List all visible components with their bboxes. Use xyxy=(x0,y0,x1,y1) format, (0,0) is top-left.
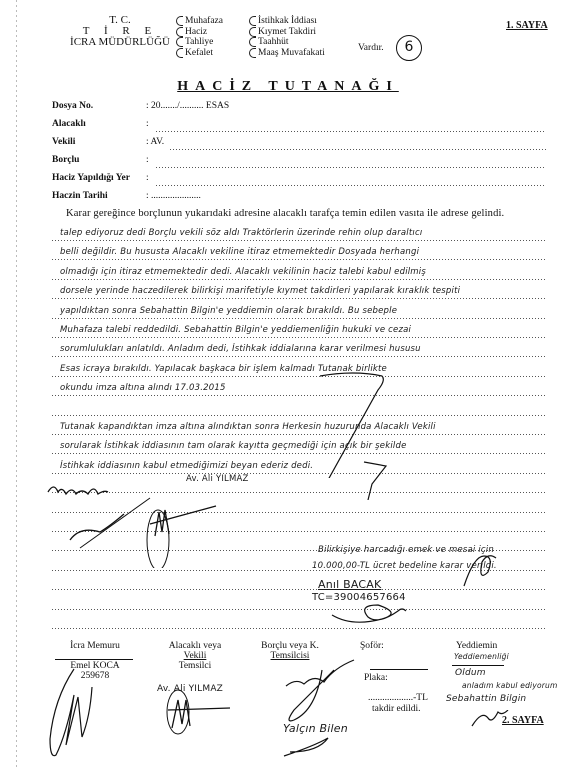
borclu-signature-icon xyxy=(282,640,372,760)
dotted-line xyxy=(52,609,546,610)
dotted-line xyxy=(156,185,546,186)
checkbox-icon xyxy=(176,27,183,37)
yeddiemin-hw-4: Sebahattin Bilgin xyxy=(446,694,526,704)
handwritten-line: Muhafaza talebi reddedildi. Sebahattin B… xyxy=(60,325,411,335)
alacakli-signature-icon xyxy=(160,688,240,738)
dotted-line xyxy=(156,167,546,168)
checkbox-icon xyxy=(249,16,256,26)
court-header: T. C. T İ R E İCRA MÜDÜRLÜĞÜ xyxy=(60,15,180,48)
checkbox-istihkak[interactable]: İstihkak İddiası xyxy=(249,16,325,27)
handwritten-line: talep ediyoruz dedi Borçlu vekili söz al… xyxy=(60,228,422,238)
signature-line xyxy=(370,669,428,670)
vardir-count: 6 xyxy=(396,35,422,61)
expert-signature-icon xyxy=(330,595,420,625)
dotted-line xyxy=(52,415,546,416)
checkbox-icon xyxy=(176,48,183,58)
checkbox-maas[interactable]: Maaş Muvafakati xyxy=(249,48,325,59)
vardir-label: Vardır. xyxy=(358,43,384,53)
dotted-line xyxy=(52,279,546,280)
scan-edge xyxy=(16,0,17,768)
dotted-line xyxy=(52,259,546,260)
dotted-line xyxy=(156,131,546,132)
dotted-line xyxy=(52,434,546,435)
signatory-icra-memuru: İcra Memuru xyxy=(60,641,130,651)
field-borclu: Borçlu: xyxy=(52,155,149,165)
checkbox-kefalet[interactable]: Kefalet xyxy=(176,48,223,59)
signature-line xyxy=(452,665,504,666)
checkbox-group-1: Muhafaza Haciz Tahliye Kefalet xyxy=(176,16,223,58)
page-title: HACİZ TUTANAĞI xyxy=(0,79,576,95)
dotted-line xyxy=(52,318,546,319)
dotted-line xyxy=(52,473,546,474)
yeddiemin-hw-1: Yeddiemenliği xyxy=(454,652,509,661)
dotted-line xyxy=(52,356,546,357)
dotted-line xyxy=(170,149,548,150)
dotted-line xyxy=(52,337,546,338)
printed-intro: Karar gereğince borçlunun yukarıdaki adr… xyxy=(66,208,504,219)
signature-icon xyxy=(40,478,280,568)
yeddiemin-hw-3: anladım kabul ediyorum xyxy=(462,681,558,690)
handwritten-lawyer-name: Av. Ali YILMAZ xyxy=(186,474,249,484)
checkbox-icon xyxy=(249,27,256,37)
checkbox-icon xyxy=(176,37,183,47)
field-haciz-yeri: Haciz Yapıldığı Yer: xyxy=(52,173,149,183)
checkbox-taahhut[interactable]: Taahhüt xyxy=(249,37,325,48)
checkbox-icon xyxy=(176,16,183,26)
handwritten-line: dorsele yerinde haczedilerek bilirkişi m… xyxy=(60,286,460,296)
closing-bracket-icon xyxy=(362,460,392,500)
handwritten-line: olmadığı için itiraz etmemektedir dedi. … xyxy=(60,267,426,277)
amount-field[interactable]: ...................-TL xyxy=(368,693,428,703)
expert-name: Anıl BACAK xyxy=(318,578,381,591)
checkbox-haciz[interactable]: Haciz xyxy=(176,27,223,38)
dotted-line xyxy=(52,376,546,377)
checkbox-icon xyxy=(249,48,256,58)
checkbox-muhafaza[interactable]: Muhafaza xyxy=(176,16,223,27)
judge-signature-icon xyxy=(460,550,500,590)
icra-memuru-signature-icon xyxy=(44,665,94,765)
dotted-line xyxy=(52,395,546,396)
handwritten-line: İstihkak iddiasının kabul etmediğimizi b… xyxy=(60,461,313,471)
handwritten-line: sorumlulukları anlatıldı. Anladım dedi, … xyxy=(60,344,421,354)
amount-text: takdir edildi. xyxy=(372,704,421,714)
page-label-1: 1. SAYFA xyxy=(506,20,548,31)
checkbox-group-2: İstihkak İddiası Kıymet Takdiri Taahhüt … xyxy=(249,16,325,58)
signature-line xyxy=(55,659,133,660)
dotted-line xyxy=(52,628,546,629)
signatory-alacakli: Alacaklı veya Vekili Temsilci xyxy=(155,641,235,671)
dotted-line xyxy=(52,453,546,454)
court-line-3: İCRA MÜDÜRLÜĞÜ xyxy=(60,37,180,48)
yeddiemin-hw-2: Oldum xyxy=(455,668,486,678)
dotted-line xyxy=(52,240,546,241)
field-vekili: Vekili: AV. xyxy=(52,137,164,147)
checkbox-icon xyxy=(249,37,256,47)
signatory-yeddiemin: Yeddiemin xyxy=(456,641,497,651)
handwritten-line: belli değildir. Bu hususta Alacaklı veki… xyxy=(60,247,419,257)
field-haczin-tarihi: Haczin Tarihi: ..................... xyxy=(52,191,201,201)
field-dosya: Dosya No.: 20......./.......... ESAS xyxy=(52,101,229,111)
handwritten-line: yapıldıktan sonra Sebahattin Bilgin'e ye… xyxy=(60,306,397,316)
field-alacakli: Alacaklı: xyxy=(52,119,149,129)
handwritten-line: okundu imza altına alındı 17.03.2015 xyxy=(60,383,226,393)
page-label-2: 2. SAYFA xyxy=(502,715,544,726)
checkbox-kiymet[interactable]: Kıymet Takdiri xyxy=(249,27,325,38)
dotted-line xyxy=(52,298,546,299)
checkbox-tahliye[interactable]: Tahliye xyxy=(176,37,223,48)
